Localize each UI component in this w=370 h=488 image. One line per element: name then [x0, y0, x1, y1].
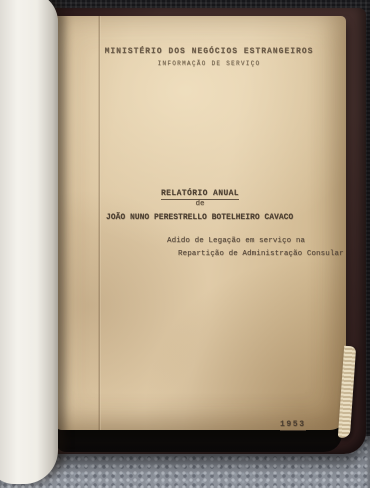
report-title-row: RELATÓRIO ANUAL [54, 182, 346, 200]
author-role-line-1: Adido de Legação em serviço na [167, 237, 305, 245]
page-crease [98, 16, 101, 430]
photo-of-document: MINISTÉRIO DOS NEGÓCIOS ESTRANGEIROS INF… [0, 0, 370, 488]
flyleaf-page [0, 0, 58, 484]
report-title: RELATÓRIO ANUAL [161, 189, 239, 200]
document-page: MINISTÉRIO DOS NEGÓCIOS ESTRANGEIROS INF… [54, 16, 346, 430]
report-de: de [54, 200, 346, 208]
author-role-line-2: Repartição de Administração Consular [178, 250, 344, 258]
report-year: 1953 [280, 420, 306, 431]
ministry-header: MINISTÉRIO DOS NEGÓCIOS ESTRANGEIROS [54, 47, 346, 56]
report-author: JOÃO NUNO PERESTRELLO BOTELHEIRO CAVACO [106, 213, 293, 222]
service-subtitle: INFORMAÇÃO DE SERVIÇO [54, 60, 346, 67]
